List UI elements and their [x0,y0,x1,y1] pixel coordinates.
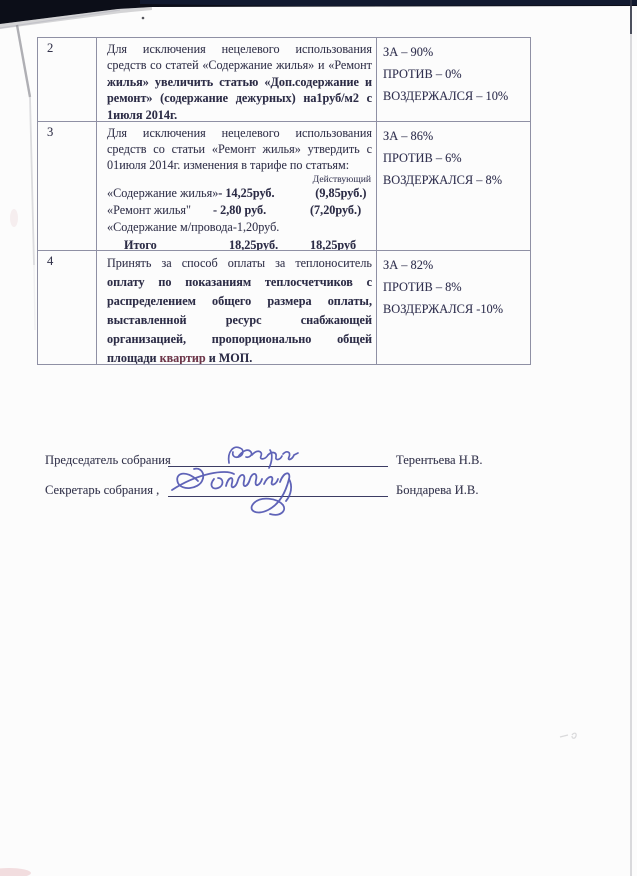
text-line: площади квартир и МОП. [107,349,372,364]
paper-left-edge [17,25,30,97]
text-line: средств со статей «Содержание жилья» и «… [107,57,372,73]
text-segment: и МОП. [206,351,253,364]
tariff-new-amount: - 2,80 руб. [213,202,310,219]
text-line: организацией, пропорционально общей [107,330,372,349]
text-line: Для исключения нецелевого использования [107,41,372,57]
table-row: 4Принять за способ оплаты за теплоносите… [38,250,530,364]
paper-left-edge-faint [34,265,35,330]
text-segment: организацией, пропорционально общей [107,332,372,346]
text-segment: Для исключения нецелевого использования [107,42,372,56]
totals-new-amount: 18,25руб. [213,237,310,250]
vote-line: ВОЗДЕРЖАЛСЯ – 10% [383,85,526,107]
resolution-text-cell: Для исключения нецелевого использованияс… [97,122,377,250]
pencil-mark [560,733,576,738]
tariff-line: «Содержание жилья»- 14,25руб.(9,85руб.) [107,185,372,202]
vote-results-cell: ЗА – 82%ПРОТИВ – 8%ВОЗДЕРЖАЛСЯ -10% [377,251,530,364]
secretary-signature-line [168,496,388,497]
text-line: Для исключения нецелевого использования [107,125,372,141]
vote-line: ПРОТИВ – 8% [383,276,526,298]
table-row: 3Для исключения нецелевого использования… [38,121,530,250]
text-segment: 01июля 2014г. изменения в тарифе по стат… [107,158,349,172]
text-line: жилья» увеличить статью «Доп.содержание … [107,74,372,90]
text-segment: выставленной ресурс снабжающей [107,313,372,327]
text-line: выставленной ресурс снабжающей [107,311,372,330]
vote-results-cell: ЗА – 90%ПРОТИВ – 0%ВОЗДЕРЖАЛСЯ – 10% [377,38,530,121]
text-line: оплату по показаниям теплосчетчиков с [107,273,372,292]
paper-left-edge-fade [30,97,34,265]
vote-line: ПРОТИВ – 6% [383,147,526,169]
text-line: 1июля 2014г. [107,107,372,121]
tariff-column-header: Действующий [107,174,372,185]
text-segment: квартир [160,351,206,364]
tariff-name: «Содержание м/провода-1,20руб. [107,219,279,236]
secretary-signature-ink [168,459,340,527]
chairman-label: Председатель собрания [45,453,171,468]
table-row: 2Для исключения нецелевого использования… [38,38,530,121]
text-line: ремонт» (содержание дежурных) на1руб/м2 … [107,90,372,106]
tariff-totals-line: Итого18,25руб.18,25руб [107,237,372,250]
totals-label: Итого [107,237,213,250]
text-line: Принять за способ оплаты за теплоносител… [107,254,372,273]
chairman-name: Терентьева Н.В. [396,453,483,468]
chairman-signature-ink [222,442,304,474]
text-segment: оплату по показаниям теплосчетчиков с [107,275,372,289]
vote-results-cell: ЗА – 86%ПРОТИВ – 6%ВОЗДЕРЖАЛСЯ – 8% [377,122,530,250]
text-segment: площади [107,351,160,364]
vote-line: ВОЗДЕРЖАЛСЯ -10% [383,298,526,320]
tariff-name: «Ремонт жилья" [107,202,213,219]
tariff-name: «Содержание жилья» [107,185,218,202]
text-segment: Принять за способ оплаты за теплоносител… [107,256,372,270]
vote-line: ЗА – 82% [383,254,526,276]
scanned-protocol-page: 2Для исключения нецелевого использования… [0,0,637,876]
scan-top-band-navy [140,0,637,6]
vote-line: ПРОТИВ – 0% [383,63,526,85]
text-segment: жилья» увеличить статью «Доп.содержание … [107,75,372,89]
resolution-text-cell: Для исключения нецелевого использованияс… [97,38,377,121]
text-line: средств со статьи «Ремонт жилья» утверди… [107,141,372,157]
text-segment: 1июля 2014г. [107,108,177,121]
row-number-cell: 3 [38,122,97,250]
chairman-signature-line [168,466,388,467]
vote-line: ЗА – 90% [383,41,526,63]
row-number-cell: 4 [38,251,97,364]
row-number-cell: 2 [38,38,97,121]
totals-old-amount: 18,25руб [310,237,372,250]
tariff-line: «Содержание м/провода-1,20руб.(1,20руб.) [107,219,372,236]
tariff-new-amount [279,219,376,236]
tariff-old-amount: (9,85руб.) [315,185,377,202]
resolution-text-cell: Принять за способ оплаты за теплоносител… [97,251,377,364]
bottom-left-smudge [0,868,31,876]
text-segment: средств со статей «Содержание жилья» и «… [107,58,372,72]
resolutions-table: 2Для исключения нецелевого использования… [37,37,531,365]
tariff-old-amount: (7,20руб.) [310,202,372,219]
text-line: распределением общего размера оплаты, [107,292,372,311]
secretary-label: Секретарь собрания , [45,483,159,498]
secretary-name: Бондарева И.В. [396,483,478,498]
text-line: 01июля 2014г. изменения в тарифе по стат… [107,157,372,173]
text-segment: средств со статьи «Ремонт жилья» утверди… [107,142,372,156]
tariff-line: «Ремонт жилья"- 2,80 руб.(7,20руб.) [107,202,372,219]
paper-top-edge [0,10,120,28]
scan-top-band [0,0,637,24]
tariff-new-amount: - 14,25руб. [218,185,315,202]
text-segment: Для исключения нецелевого использования [107,126,372,140]
left-edge-smudge [10,209,18,227]
vote-line: ВОЗДЕРЖАЛСЯ – 8% [383,169,526,191]
dust-speck [142,17,145,20]
text-segment: ремонт» (содержание дежурных) на1руб/м2 … [107,91,372,105]
scan-wedge-shadow [0,7,152,29]
text-segment: распределением общего размера оплаты, [107,294,372,308]
vote-line: ЗА – 86% [383,125,526,147]
